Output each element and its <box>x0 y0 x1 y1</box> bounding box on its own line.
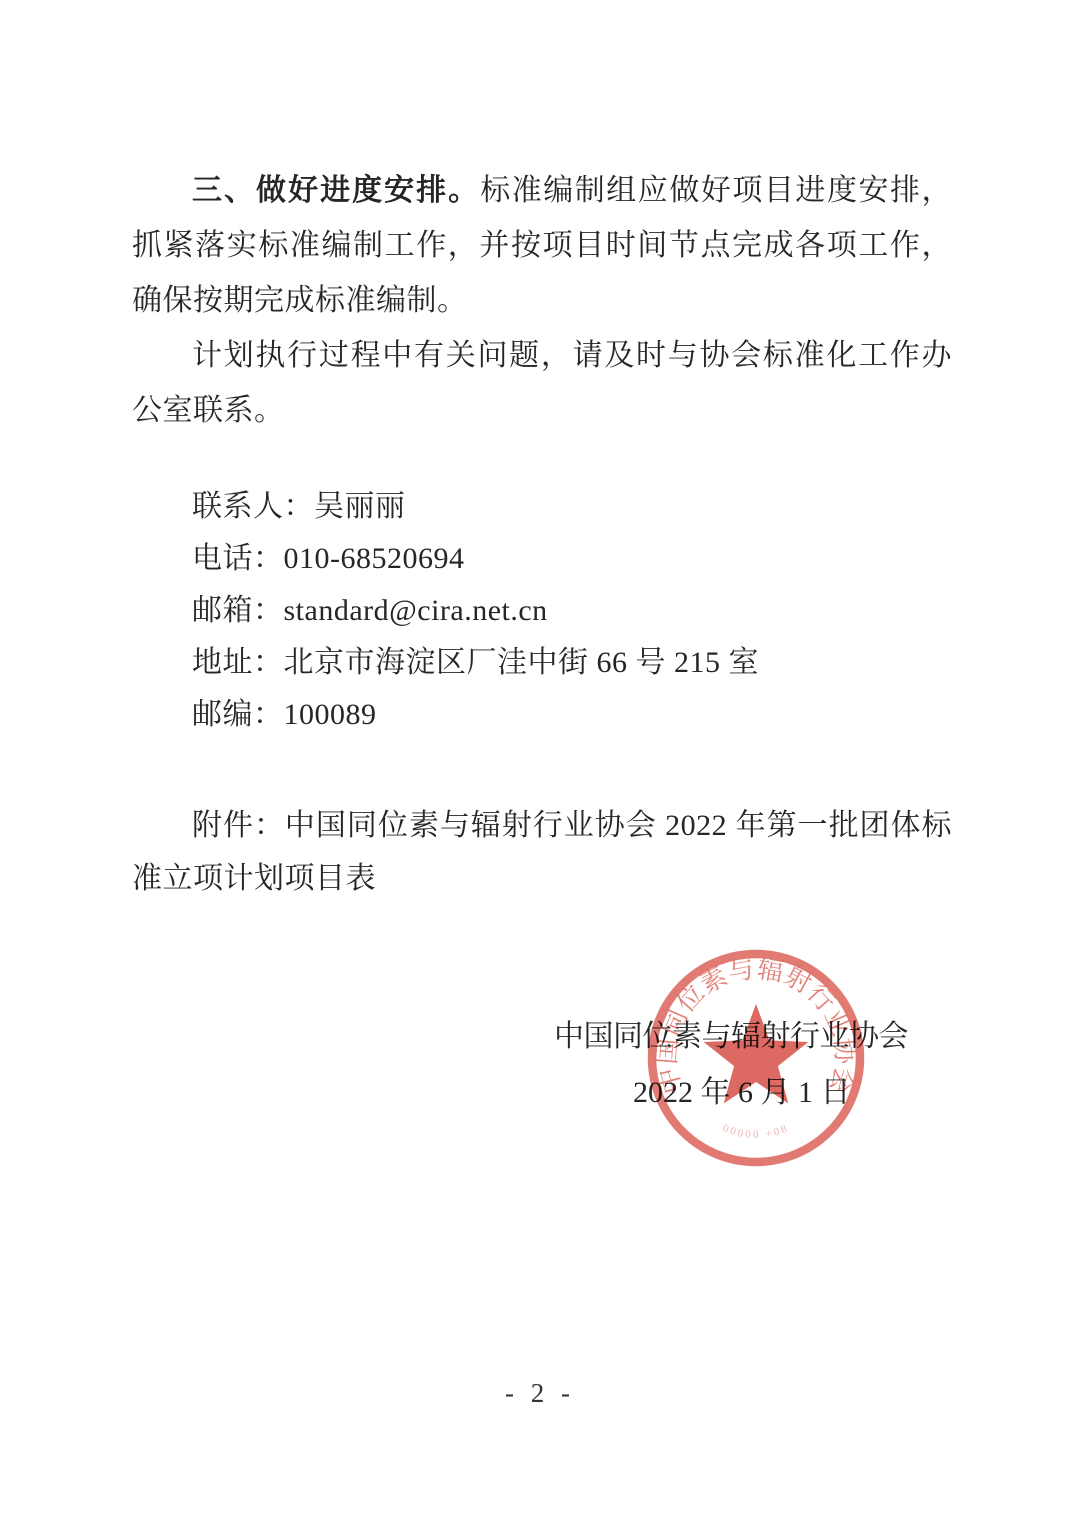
document-page: 三、做好进度安排。标准编制组应做好项目进度安排，抓紧落实标准编制工作，并按项目时… <box>0 0 1080 1526</box>
seal-serial-wrap: 00000 +08 <box>721 1122 791 1141</box>
contact-address: 地址：北京市海淀区厂洼中街 66 号 215 室 <box>132 637 952 689</box>
attachment-note: 附件：中国同位素与辐射行业协会 2022 年第一批团体标准立项计划项目表 <box>132 799 952 905</box>
contact-block: 联系人：吴丽丽 电话：010-68520694 邮箱：standard@cira… <box>132 481 952 741</box>
seal-star-icon <box>704 1004 809 1104</box>
paragraph-heading: 三、做好进度安排。 <box>192 174 480 207</box>
contact-email: 邮箱：standard@cira.net.cn <box>132 585 952 637</box>
page-number: - 2 - <box>0 1378 1080 1409</box>
contact-postcode: 邮编：100089 <box>132 689 952 741</box>
paragraph-progress-arrangement: 三、做好进度安排。标准编制组应做好项目进度安排，抓紧落实标准编制工作，并按项目时… <box>132 163 952 328</box>
contact-person: 联系人：吴丽丽 <box>132 481 952 533</box>
contact-phone: 电话：010-68520694 <box>132 533 952 585</box>
official-seal-stamp: 中国同位素与辐射行业协会 00000 +08 <box>636 938 876 1178</box>
paragraph-contact-note: 计划执行过程中有关问题，请及时与协会标准化工作办公室联系。 <box>132 328 952 438</box>
seal-serial-number: 00000 +08 <box>721 1122 791 1141</box>
